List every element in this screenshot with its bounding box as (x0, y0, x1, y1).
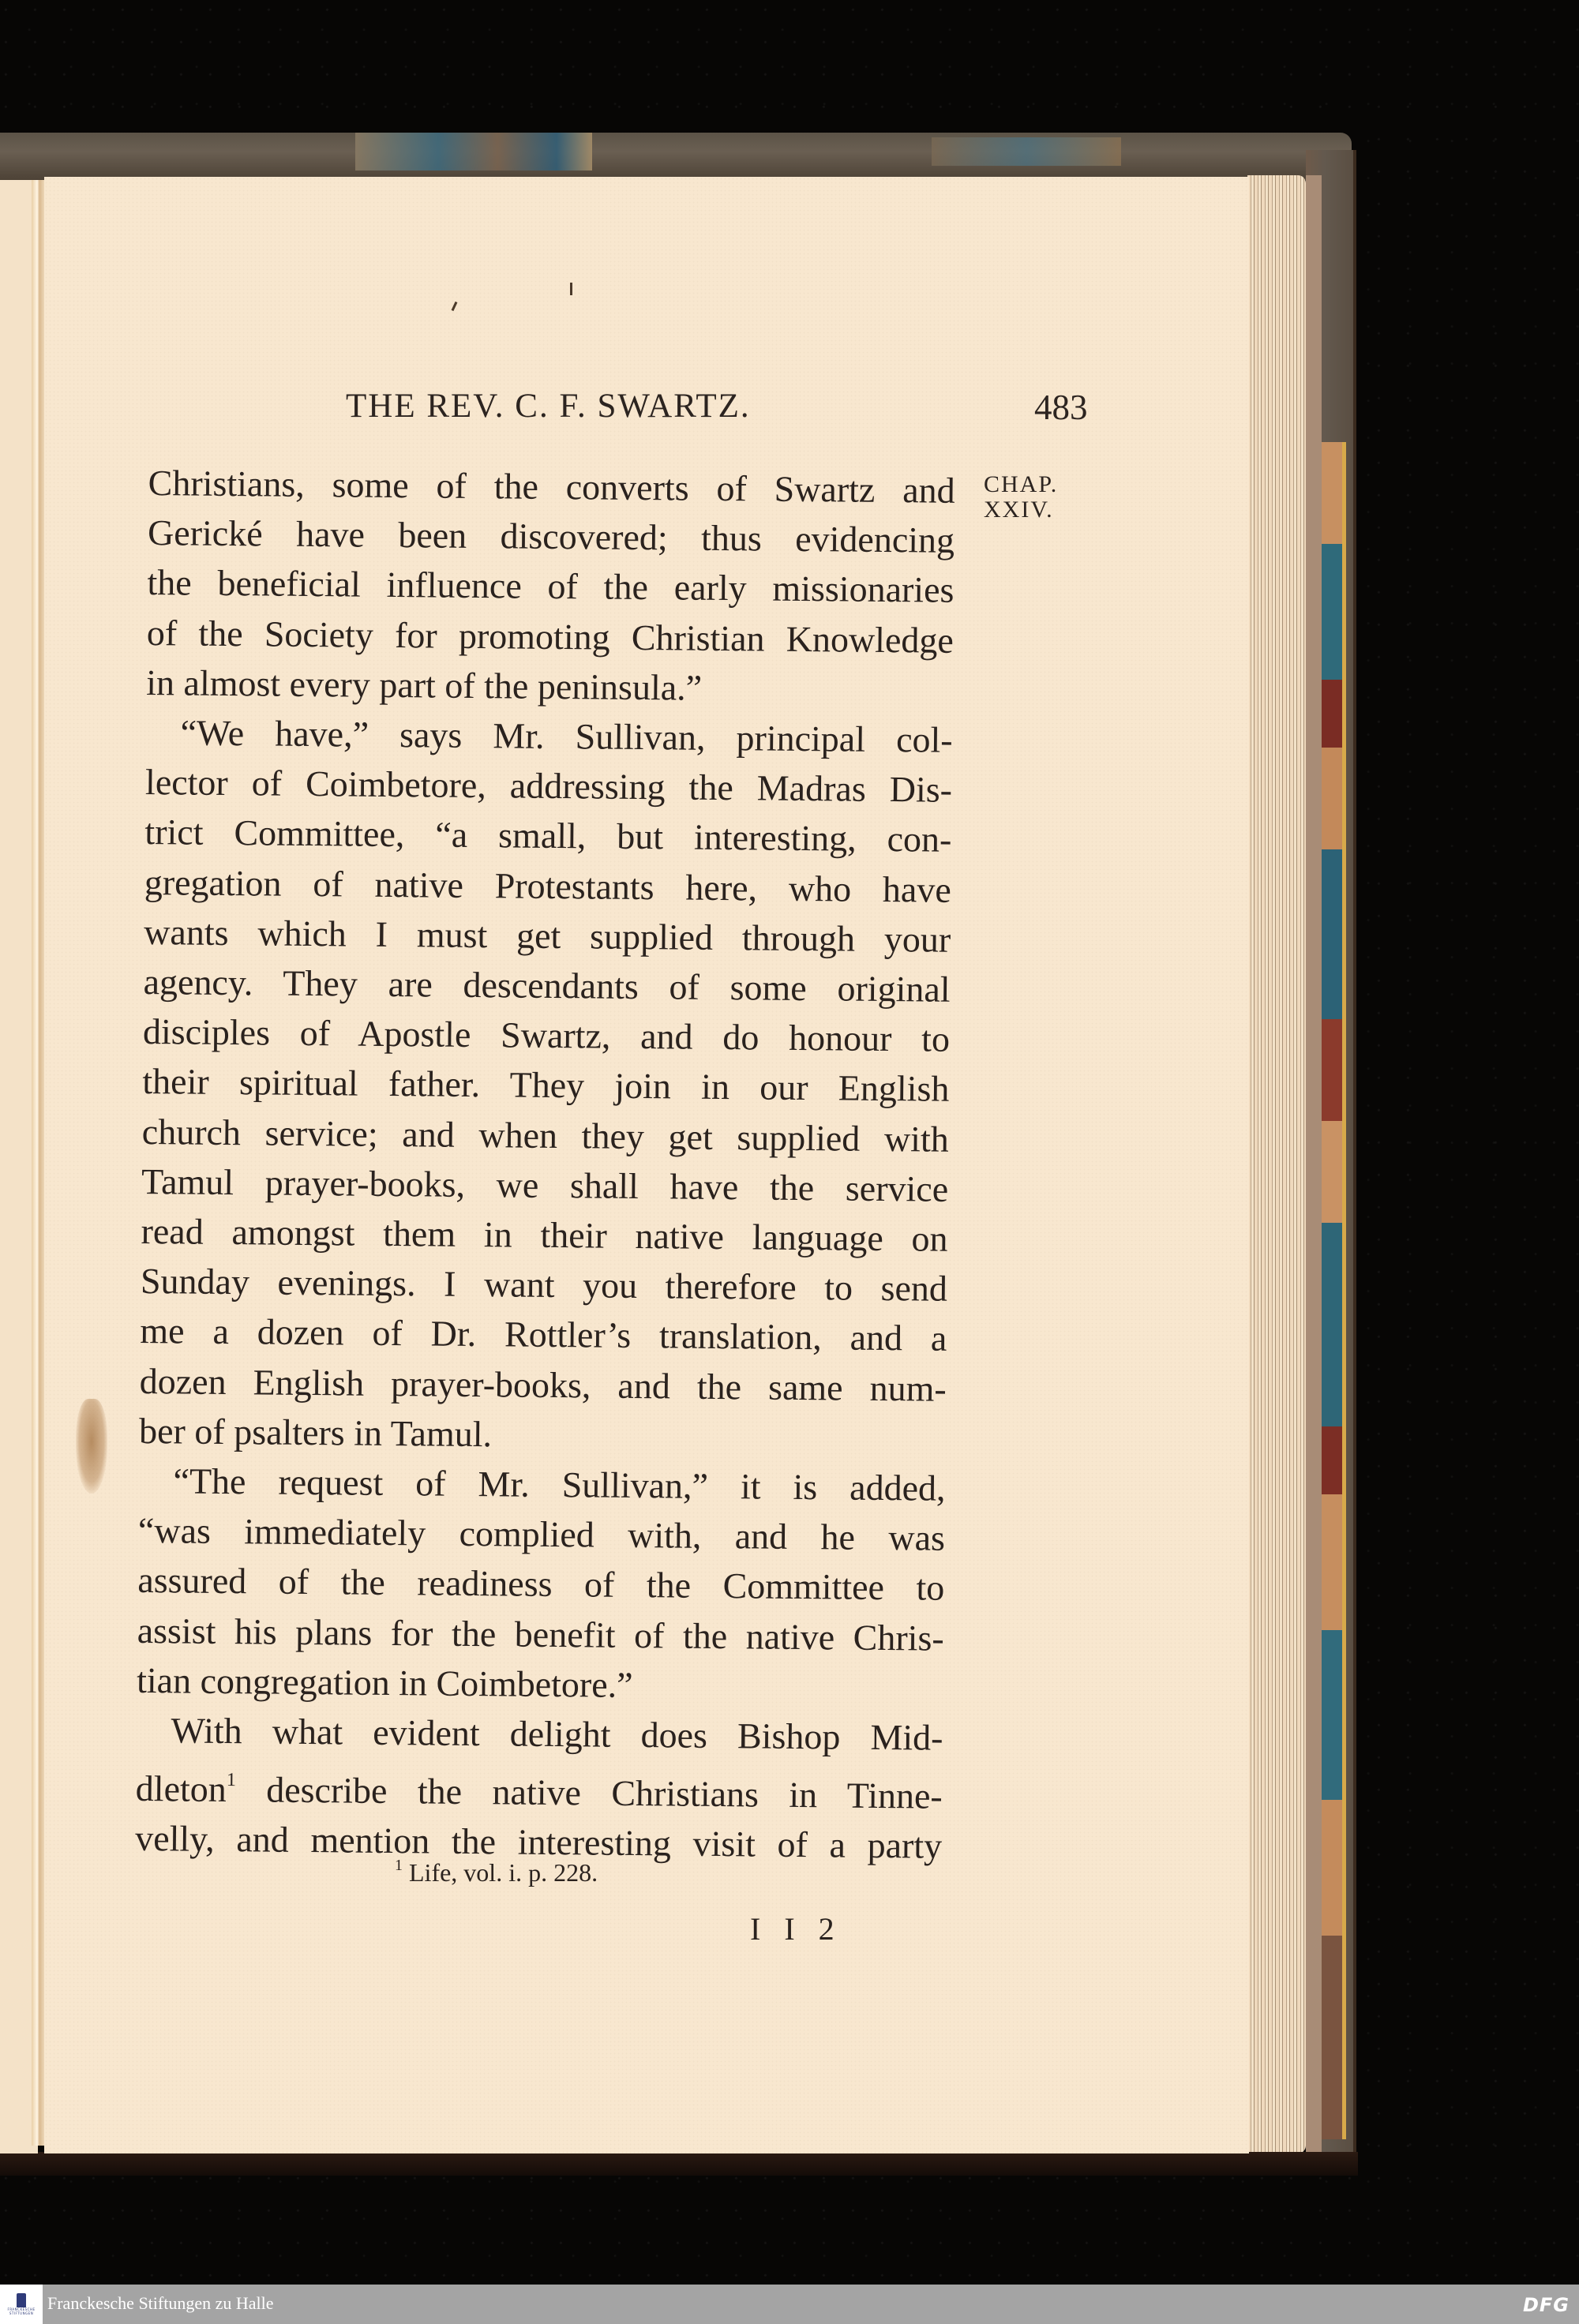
text-line: church service; and when they get suppli… (142, 1107, 950, 1164)
text-line: tian congregation in Coimbetore.” (137, 1655, 944, 1713)
viewer-footer-bar: FRANCKESCHE STIFTUNGEN Franckesche Stift… (0, 2285, 1579, 2324)
chapter-label-number: XXIV. (984, 497, 1058, 523)
text-fragment: describe the native Christians in Tinne- (236, 1769, 943, 1816)
marbled-cover-patch (932, 137, 1121, 166)
footnote-text: Life, vol. i. p. 228. (409, 1858, 598, 1887)
text-line: me a dozen of Dr. Rottler’s translation,… (140, 1306, 947, 1363)
footnote-marker: 1 (395, 1857, 403, 1874)
text-line: Gerické have been discovered; thus evide… (148, 508, 955, 565)
text-line: Sunday evenings. I want you therefore to… (141, 1256, 948, 1314)
building-icon (17, 2293, 26, 2307)
footnote: 1 Life, vol. i. p. 228. (395, 1857, 598, 1887)
text-line: gregation of native Protestants here, wh… (144, 857, 952, 915)
text-line: Christians, some of the converts of Swar… (148, 458, 955, 515)
text-line: “We have,” says Mr. Sullivan, principal … (145, 707, 953, 765)
text-line: dozen English prayer-books, and the same… (139, 1356, 947, 1414)
printer-signature-mark: I I 2 (750, 1910, 842, 1947)
body-text: Christians, some of the converts of Swar… (135, 458, 955, 1871)
logo-text-line: STIFTUNGEN (9, 2311, 33, 2315)
text-line: Tamul prayer-books, we shall have the se… (141, 1156, 949, 1214)
institution-logo[interactable]: FRANCKESCHE STIFTUNGEN (0, 2285, 43, 2324)
book-cover-top-edge (0, 133, 1352, 180)
text-line: the beneficial influence of the early mi… (147, 557, 955, 615)
text-line: in almost every part of the peninsula.” (146, 658, 954, 715)
footnote-reference[interactable]: 1 (227, 1770, 236, 1790)
dfg-logo[interactable]: DFG (1523, 2294, 1570, 2316)
book-cover-bottom-edge (0, 2152, 1358, 2176)
text-fragment: dleton (136, 1768, 227, 1809)
text-line: “was immediately complied with, and he w… (138, 1505, 946, 1563)
running-head: THE REV. C. F. SWARTZ. (346, 387, 751, 425)
text-line: their spiritual father. They join in our… (142, 1056, 950, 1114)
ink-speck (570, 283, 572, 295)
text-line: agency. They are descendants of some ori… (143, 957, 951, 1014)
text-line: disciples of Apostle Swartz, and do hono… (143, 1006, 951, 1064)
page-stack-edges (1247, 175, 1306, 2153)
page-number: 483 (1034, 387, 1088, 428)
text-line: dleton1 describe the native Christians i… (136, 1755, 943, 1821)
marbled-cover-patch (355, 133, 592, 171)
text-line: assured of the readiness of the Committe… (137, 1555, 945, 1613)
text-line: assist his plans for the benefit of the … (137, 1606, 944, 1663)
institution-name: Franckesche Stiftungen zu Halle (47, 2293, 274, 2314)
text-line: lector of Coimbetore, addressing the Mad… (145, 757, 953, 815)
text-line: “The request of Mr. Sullivan,” it is add… (138, 1456, 946, 1513)
text-line: read amongst them in their native langua… (141, 1206, 948, 1264)
text-line: ber of psalters in Tamul. (139, 1406, 947, 1464)
chapter-label-word: CHAP. (984, 472, 1058, 497)
chapter-marginal-label: CHAP. XXIV. (984, 472, 1058, 523)
text-line: of the Society for promoting Christian K… (147, 608, 955, 665)
text-line: With what evident delight does Bishop Mi… (136, 1705, 943, 1763)
foxing-stain (76, 1399, 107, 1494)
text-line: wants which I must get supplied through … (144, 907, 951, 965)
text-line: trict Committee, “a small, but interesti… (144, 807, 952, 864)
